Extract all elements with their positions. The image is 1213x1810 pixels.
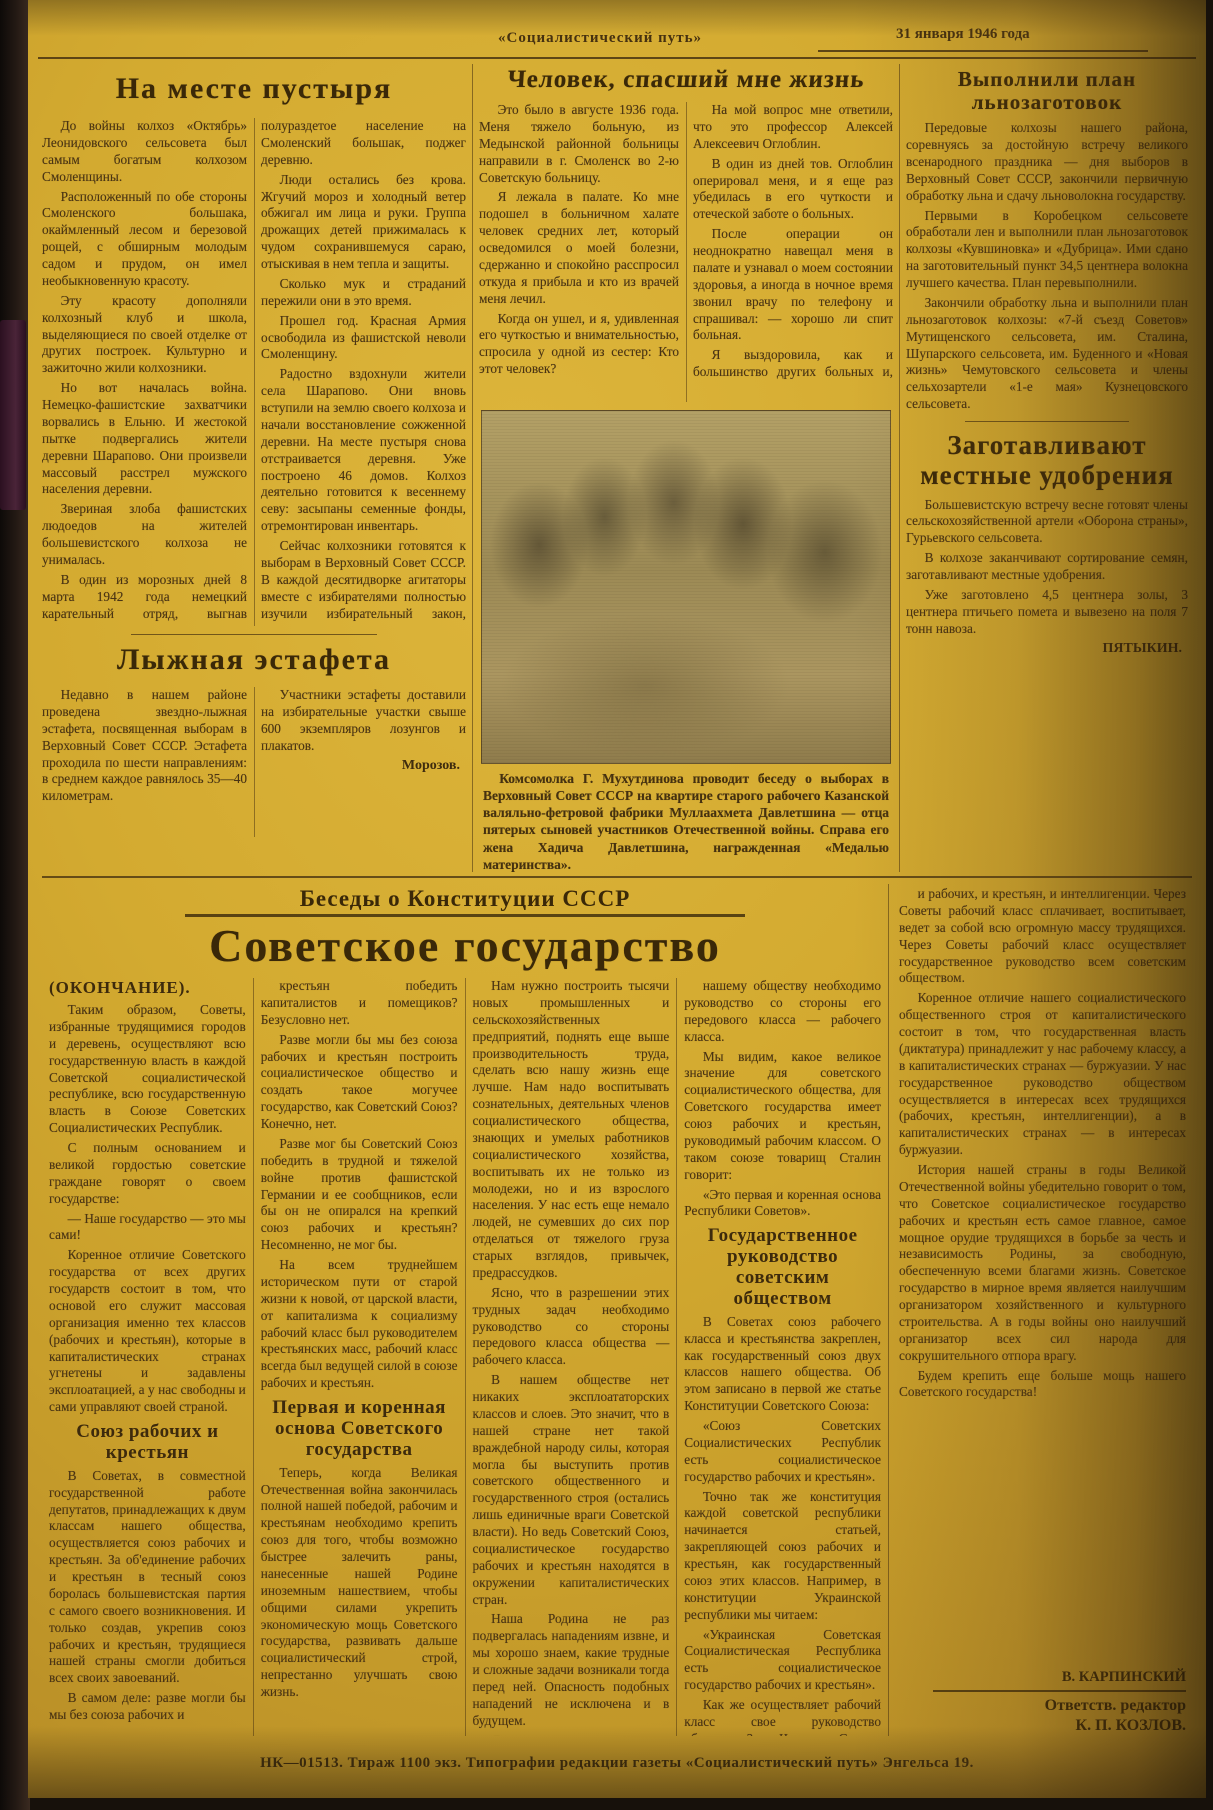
article-paragraph: Когда он ушел, и я, удивленная его чутко…: [479, 311, 679, 379]
column-rule: [472, 64, 473, 872]
article-paragraph: Расположенный по обе стороны Смоленского…: [42, 189, 247, 290]
article-column-3: Нам нужно построить тысячи новых промышл…: [465, 978, 677, 1736]
article-column-5: и рабочих, и крестьян, и интеллигенции. …: [888, 884, 1192, 1736]
article-paragraph: В колхозе заканчивают сортирование семян…: [906, 550, 1188, 584]
article-subhead: Государственное руководство советским об…: [684, 1226, 881, 1310]
article-paragraph: крестьян победить капиталистов и помещик…: [261, 978, 458, 1029]
article-paragraph: Будем крепить еще больше мощь нашего Сов…: [899, 1368, 1186, 1402]
imprint-line: НК—01513. Тираж 1100 экз. Типографии ред…: [28, 1755, 1206, 1772]
date-rule: [818, 50, 1148, 52]
article-paragraph: Точно так же конституция каждой советско…: [684, 1489, 881, 1624]
article-paragraph: Недавно в нашем районе проведена звездно…: [42, 687, 247, 805]
article-divider: [131, 634, 377, 635]
article-paragraph: Участники эстафеты доставили на избирате…: [261, 687, 466, 755]
article-subhead: Первая и коренная основа Советского госу…: [261, 1398, 458, 1461]
article-signature-karpinsky: В. КАРПИНСКИЙ: [899, 1669, 1186, 1686]
article-paragraph: Ясно, что в таких условиях: [473, 1733, 670, 1737]
article-paragraph: Сколько мук и страданий пережили они в э…: [261, 276, 466, 310]
scanned-newspaper-photo: «Социалистический путь» 31 января 1946 г…: [0, 0, 1213, 1810]
article-title-zagotavlivayut: Заготавливают местные удобрения: [906, 430, 1188, 490]
article-body-lyzhnaya: Недавно в нашем районе проведена звездно…: [42, 687, 466, 837]
article-paragraph: Таким образом, Советы, избранные трудящи…: [49, 1002, 246, 1137]
right-column-group: Выполнили план льнозаготовок Передовые к…: [906, 64, 1192, 872]
bottom-left-group: Беседы о Конституции СССР Советское госу…: [42, 884, 888, 1736]
article-paragraph: В нашем обществе нет никаких эксплоатато…: [473, 1372, 670, 1608]
kicker-underline: [185, 914, 745, 917]
article-paragraph: Нам нужно построить тысячи новых промышл…: [473, 978, 670, 1282]
article-paragraph: Я лежала в палате. Ко мне подошел в боль…: [479, 189, 679, 307]
issue-date: 31 января 1946 года: [896, 26, 1030, 43]
editor-label: Ответств. редактор: [899, 1696, 1186, 1716]
article-body-zagotavlivayut: Большевистскую встречу весне готовят чле…: [906, 497, 1188, 657]
article-paragraph: В Советах союз рабочего класса и крестья…: [684, 1314, 881, 1415]
article-paragraph: нашему обществу необходимо руководство с…: [684, 978, 881, 1046]
article-column-5-text: и рабочих, и крестьян, и интеллигенции. …: [899, 886, 1186, 1665]
article-paragraph: Коренное отличие Советского государства …: [49, 1247, 246, 1416]
article-paragraph: «Украинская Советская Социалистическая Р…: [684, 1627, 881, 1695]
article-paragraph: В Советах, в совместной государственной …: [49, 1468, 246, 1687]
article-paragraph: Звериная злоба фашистских людоедов на жи…: [42, 501, 247, 569]
article-paragraph: Первыми в Коробецком сельсовете обработа…: [906, 208, 1188, 292]
book-spine: [0, 320, 26, 510]
article-column-1: (ОКОНЧАНИЕ).Таким образом, Советы, избра…: [42, 978, 253, 1736]
article-paragraph: Это было в августе 1936 года. Меня тяжел…: [479, 102, 679, 186]
header-rule: [38, 57, 1196, 59]
article-paragraph: С полным основанием и великой гордостью …: [49, 1140, 246, 1208]
article-column-4: нашему обществу необходимо руководство с…: [676, 978, 888, 1736]
article-paragraph: «Союз Советских Социалистических Республ…: [684, 1418, 881, 1486]
photo-caption-text: Комсомолка Г. Мухутдинова проводит бесед…: [483, 770, 889, 872]
article-divider: [965, 421, 1129, 422]
article-paragraph: Разве мог бы Советский Союз победить в т…: [261, 1136, 458, 1254]
top-section: На месте пустыря До войны колхоз «Октябр…: [42, 64, 1192, 872]
article-paragraph: Эту красоту дополняли колхозный клуб и ш…: [42, 293, 247, 377]
article-subhead: Союз рабочих и крестьян: [49, 1422, 246, 1464]
article-column-2: крестьян победить капиталистов и помещик…: [253, 978, 465, 1736]
article-na-meste-pustyrya: На месте пустыря До войны колхоз «Октябр…: [42, 64, 466, 872]
editor-rule: [933, 1690, 1186, 1692]
column-rule: [899, 64, 900, 872]
article-paragraph: Мы видим, какое великое значение для сов…: [684, 1049, 881, 1184]
newspaper-page: «Социалистический путь» 31 января 1946 г…: [28, 0, 1206, 1798]
photo-group-discussion: [481, 410, 891, 764]
article-paragraph: Наша Родина не раз подвергалась нападени…: [473, 1611, 670, 1729]
article-paragraph: Большевистскую встречу весне готовят чле…: [906, 497, 1188, 548]
article-paragraph: На мой вопрос мне ответили, что это проф…: [693, 102, 893, 153]
article-title-sovetskoe-gosudarstvo: Советское государство: [42, 919, 888, 972]
newspaper-masthead: «Социалистический путь»: [498, 30, 702, 47]
article-paragraph: В самом деле: разве могли бы мы без союз…: [49, 1690, 246, 1724]
article-title-lyzhnaya: Лыжная эстафета: [42, 643, 466, 677]
article-signature: ПЯТЫКИН.: [906, 641, 1182, 657]
article-paragraph: Теперь, когда Великая Отечественная войн…: [261, 1465, 458, 1701]
article-body-vypolnili: Передовые колхозы нашего района, соревну…: [906, 120, 1188, 413]
article-body-chelovek: Это было в августе 1936 года. Меня тяжел…: [479, 102, 893, 402]
article-paragraph: До войны колхоз «Октябрь» Леонидовского …: [42, 118, 247, 186]
editor-name: К. П. КОЗЛОВ.: [899, 1716, 1186, 1736]
photo-caption: Комсомолка Г. Мухутдинова проводит бесед…: [483, 770, 889, 872]
article-paragraph: и рабочих, и крестьян, и интеллигенции. …: [899, 886, 1186, 987]
article-subtitle: (ОКОНЧАНИЕ).: [49, 978, 246, 998]
article-title-vypolnili: Выполнили план льнозаготовок: [906, 68, 1188, 114]
editor-block: В. КАРПИНСКИЙ Ответств. редактор К. П. К…: [899, 1665, 1186, 1736]
article-paragraph: После операции он неоднократно навещал м…: [693, 226, 893, 344]
section-rule: [42, 876, 1192, 878]
article-paragraph: Радостно вздохнули жители села Шарапово.…: [261, 366, 466, 535]
article-signature: Морозов.: [261, 758, 460, 774]
article-paragraph: Закончили обработку льна и выполнили пла…: [906, 295, 1188, 413]
article-paragraph: Уже заготовлено 4,5 центнера золы, 3 цен…: [906, 587, 1188, 638]
article-paragraph: Ясно, что в разрешении этих трудных зада…: [473, 1285, 670, 1369]
article-chelovek-spasshiy: Человек, спасший мне жизнь Это было в ав…: [479, 64, 893, 872]
article-kicker: Беседы о Конституции СССР: [42, 886, 888, 912]
article-title-pustyr: На месте пустыря: [42, 72, 466, 106]
article-paragraph: Люди остались без крова. Жгучий мороз и …: [261, 172, 466, 273]
article-title-chelovek: Человек, спасший мне жизнь: [479, 66, 893, 94]
article-paragraph: На всем труднейшем историческом пути от …: [261, 1257, 458, 1392]
article-paragraph: Как же осуществляет рабочий класс свое р…: [684, 1697, 881, 1736]
article-paragraph: Прошел год. Красная Армия освободила из …: [261, 313, 466, 364]
article-paragraph: В один из дней тов. Оглоблин оперировал …: [693, 156, 893, 224]
book-spine-shadow: [0, 0, 30, 1810]
article-paragraph: Коренное отличие нашего социалистическог…: [899, 990, 1186, 1159]
article-paragraph: История нашей страны в годы Великой Отеч…: [899, 1162, 1186, 1365]
bottom-columns: (ОКОНЧАНИЕ).Таким образом, Советы, избра…: [42, 978, 888, 1736]
article-paragraph: Передовые колхозы нашего района, соревну…: [906, 120, 1188, 204]
article-paragraph: «Это первая и коренная основа Республики…: [684, 1187, 881, 1221]
article-paragraph: Разве могли бы мы без союза рабочих и кр…: [261, 1032, 458, 1133]
article-paragraph: Но вот началась война. Немецко-фашистски…: [42, 380, 247, 498]
article-body-pustyr: До войны колхоз «Октябрь» Леонидовского …: [42, 118, 466, 626]
article-paragraph: — Наше государство — это мы сами!: [49, 1211, 246, 1245]
article-sovetskoe-gosudarstvo: Беседы о Конституции СССР Советское госу…: [42, 884, 1192, 1736]
